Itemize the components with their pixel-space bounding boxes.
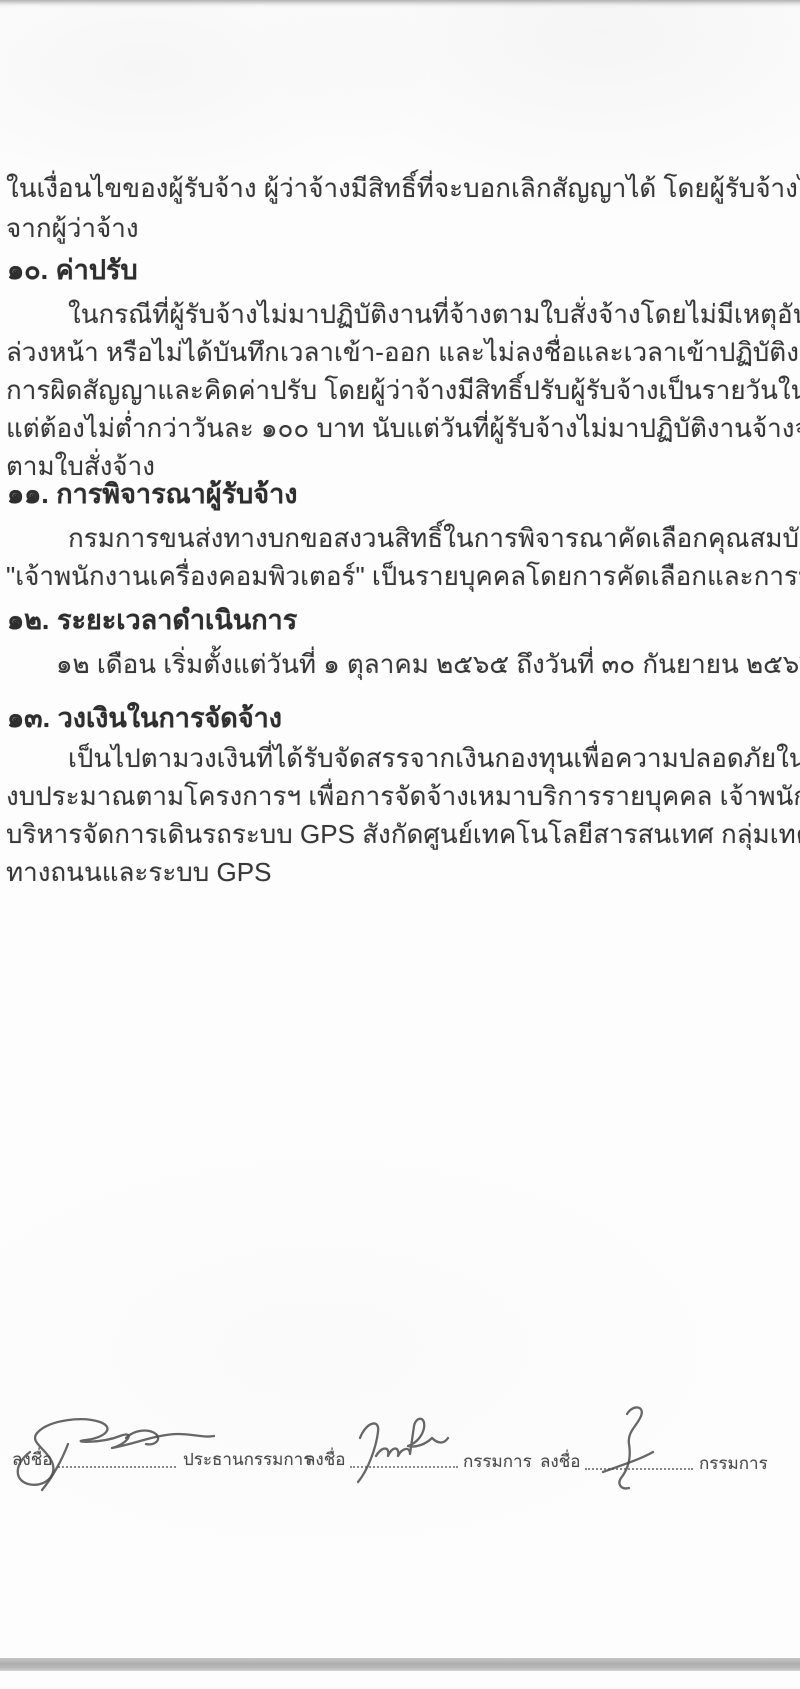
scan-top-edge-artifact — [0, 0, 800, 9]
committee-signature — [595, 1400, 665, 1495]
chairman-signature — [8, 1404, 238, 1494]
committee-role-label: กรรมการ — [463, 1452, 532, 1472]
section-11-line: กรมการขนส่งทางบกขอสงวนสิทธิ์ในการพิจารณา… — [68, 522, 800, 554]
committee-signature — [352, 1408, 452, 1488]
intro-line: ในเงื่อนไขของผู้รับจ้าง ผู้ว่าจ้างมีสิทธ… — [6, 172, 800, 204]
committee-role-label: กรรมการ — [699, 1454, 768, 1474]
section-11-heading: ๑๑. การพิจารณาผู้รับจ้าง — [7, 478, 297, 510]
section-10-line: ในกรณีที่ผู้รับจ้างไม่มาปฏิบัติงานที่จ้า… — [68, 298, 800, 330]
section-10-heading: ๑๐. ค่าปรับ — [7, 254, 138, 286]
section-10-line: ล่วงหน้า หรือไม่ได้บันทึกเวลาเข้า-ออก แล… — [6, 336, 800, 368]
section-10-line: การผิดสัญญาและคิดค่าปรับ โดยผู้ว่าจ้างมี… — [6, 374, 800, 406]
sign-here-label: ลงชื่อ — [305, 1450, 345, 1470]
section-13-heading: ๑๓. วงเงินในการจัดจ้าง — [7, 702, 282, 734]
intro-line: จากผู้ว่าจ้าง — [6, 212, 139, 244]
section-13-line: งบประมาณตามโครงการฯ เพื่อการจัดจ้างเหมาบ… — [6, 780, 800, 812]
section-10-line: แต่ต้องไม่ต่ำกว่าวันละ ๑๐๐ บาท นับแต่วัน… — [6, 412, 800, 444]
scanned-page: ในเงื่อนไขของผู้รับจ้าง ผู้ว่าจ้างมีสิทธ… — [0, 0, 800, 1689]
section-12-heading: ๑๒. ระยะเวลาดำเนินการ — [7, 604, 297, 636]
sign-here-label: ลงชื่อ — [540, 1452, 580, 1472]
section-13-line: บริหารจัดการเดินรถระบบ GPS สังกัดศูนย์เท… — [6, 818, 800, 850]
section-13-line: เป็นไปตามวงเงินที่ได้รับจัดสรรจากเงินกอง… — [68, 742, 800, 774]
scan-bottom-edge-artifact — [0, 1658, 800, 1671]
section-13-line: ทางถนนและระบบ GPS — [6, 856, 271, 888]
section-11-line: "เจ้าพนักงานเครื่องคอมพิวเตอร์" เป็นรายบ… — [6, 560, 800, 592]
section-12-line: ๑๒ เดือน เริ่มตั้งแต่วันที่ ๑ ตุลาคม ๒๕๖… — [56, 648, 800, 680]
